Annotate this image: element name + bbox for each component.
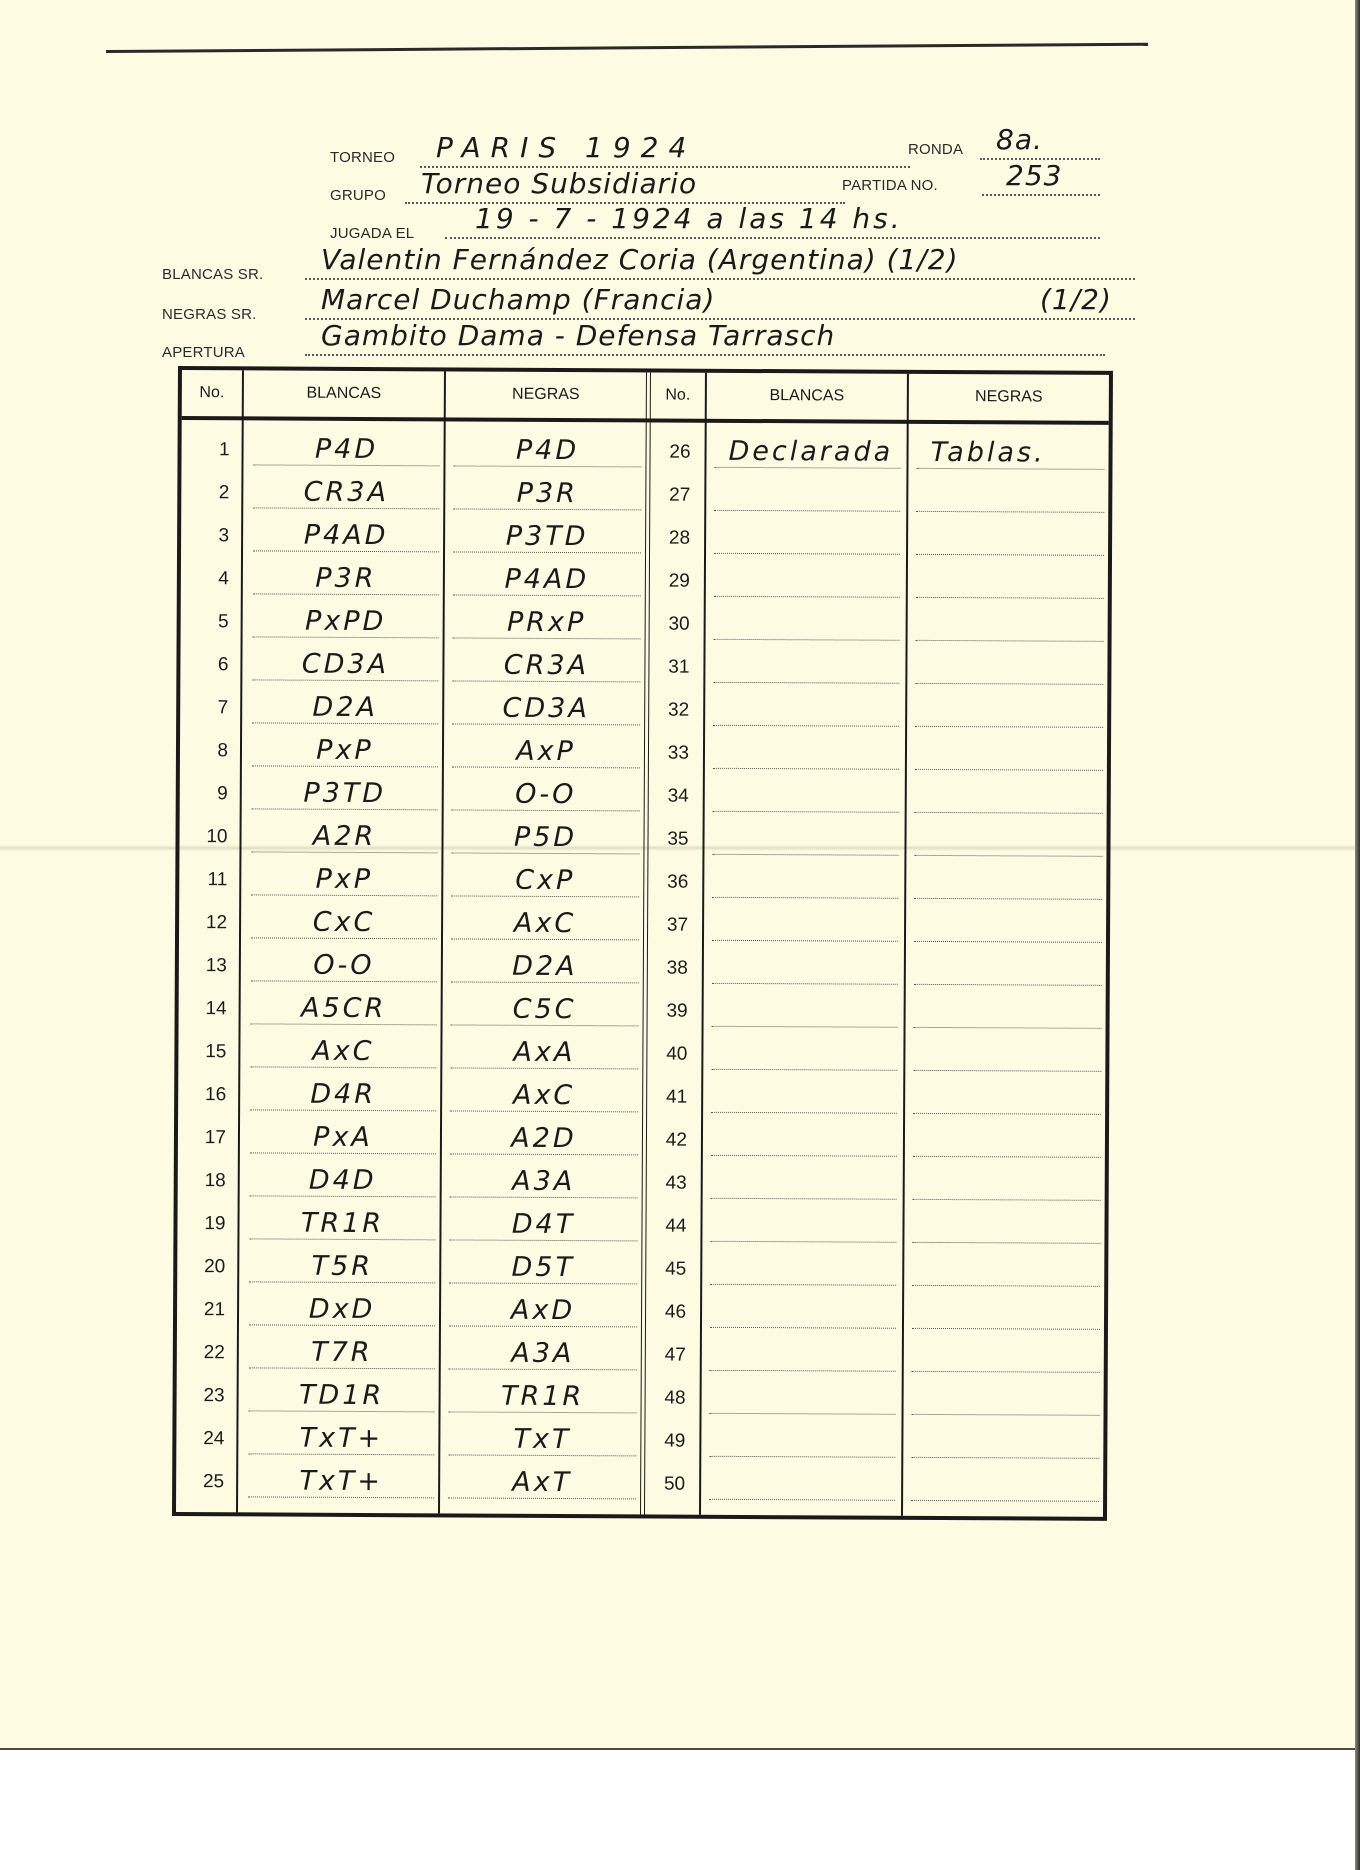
black-move-cell: AxT: [448, 1461, 636, 1499]
blancas-value: Valentin Fernández Coria (Argentina) (1/…: [321, 243, 959, 276]
torneo-label: TORNEO: [330, 149, 395, 166]
move-number: 13: [179, 955, 227, 977]
jugada-field: 19 - 7 - 1924 a las 14 hs.: [445, 203, 1100, 239]
move-number: 10: [179, 826, 227, 848]
move-number: 7: [180, 697, 228, 719]
white-move-cell: [713, 689, 899, 727]
white-move: T7R: [249, 1336, 435, 1368]
scan-edge: [1355, 0, 1360, 1870]
table-row: 12CxCAxC37: [179, 895, 1106, 943]
black-move: AxD: [449, 1294, 637, 1326]
white-move-cell: TxT+: [248, 1460, 434, 1498]
black-move: PRxP: [453, 606, 641, 638]
black-move-cell: AxC: [451, 902, 639, 940]
black-move-cell: P4D: [453, 429, 641, 467]
white-move-cell: TxT+: [248, 1417, 434, 1455]
black-move: C5C: [451, 993, 639, 1025]
white-move: D4D: [250, 1164, 436, 1196]
black-move-cell: AxD: [449, 1289, 637, 1327]
white-move-cell: [714, 474, 900, 512]
white-move-cell: [712, 861, 898, 899]
top-rule: [106, 43, 1148, 53]
move-number: 29: [650, 570, 690, 592]
white-move: PxP: [252, 734, 438, 766]
header-no-right: No.: [651, 372, 705, 418]
black-move: P5D: [451, 821, 639, 853]
move-number: 4: [181, 568, 229, 590]
torneo-field: PARIS 1924: [420, 132, 910, 168]
move-number: 26: [650, 441, 690, 463]
black-move: A2D: [450, 1122, 638, 1154]
white-move-cell: P3R: [253, 557, 439, 595]
black-move-cell: AxP: [452, 730, 640, 768]
white-move: TD1R: [249, 1379, 435, 1411]
white-move: [709, 1499, 895, 1500]
white-move-cell: D2A: [252, 686, 438, 724]
black-move: TR1R: [449, 1380, 637, 1412]
black-move-cell: D4T: [449, 1203, 637, 1241]
white-move-cell: TD1R: [249, 1374, 435, 1412]
black-move-cell: [913, 1034, 1101, 1072]
move-number: 48: [646, 1387, 686, 1409]
white-move-cell: D4D: [250, 1159, 436, 1197]
move-number: 8: [180, 740, 228, 762]
white-move-cell: [714, 603, 900, 641]
white-move-cell: P3TD: [252, 772, 438, 810]
move-number: 14: [179, 998, 227, 1020]
table-row: 3P4ADP3TD28: [181, 508, 1108, 556]
black-move: D5T: [449, 1251, 637, 1283]
black-move-cell: [916, 604, 1104, 642]
table-row: 23TD1RTR1R48: [177, 1368, 1104, 1416]
white-move: A5CR: [251, 992, 437, 1024]
black-move-cell: P5D: [451, 816, 639, 854]
black-move: AxP: [452, 735, 640, 767]
move-number: 36: [648, 871, 688, 893]
white-move: D4R: [250, 1078, 436, 1110]
white-move: CR3A: [253, 476, 439, 508]
table-row: 25TxT+AxT50: [176, 1454, 1103, 1502]
white-move: P3R: [253, 562, 439, 594]
black-move: TxT: [448, 1423, 636, 1455]
black-move-cell: A2D: [450, 1117, 638, 1155]
move-number: 22: [177, 1342, 225, 1364]
black-move: O-O: [452, 778, 640, 810]
partida-label: PARTIDA No.: [842, 177, 938, 194]
black-move-cell: AxA: [450, 1031, 638, 1069]
black-move-cell: CR3A: [452, 644, 640, 682]
white-move-cell: T5R: [249, 1245, 435, 1283]
move-number: 45: [646, 1258, 686, 1280]
black-move-cell: TR1R: [449, 1375, 637, 1413]
table-row: 18D4DA3A43: [178, 1153, 1105, 1201]
black-move-cell: P4AD: [453, 558, 641, 596]
black-move: Tablas.: [916, 437, 1104, 469]
table-row: 14A5CRC5C39: [179, 981, 1106, 1029]
table-row: 15AxCAxA40: [178, 1024, 1105, 1072]
black-move: [911, 1500, 1099, 1501]
white-move-cell: [712, 904, 898, 942]
moves-table: No. BLANCAS NEGRAS No. BLANCAS NEGRAS 1P…: [172, 366, 1113, 1521]
move-number: 33: [649, 742, 689, 764]
black-move-cell: [914, 948, 1102, 986]
header-negras-left: NEGRAS: [446, 371, 646, 418]
black-move: P4AD: [453, 563, 641, 595]
table-row: 8PxPAxP33: [180, 723, 1107, 771]
negras-field: Marcel Duchamp (Francia) (1/2): [305, 284, 1135, 320]
black-move-cell: [914, 905, 1102, 943]
white-move-cell: [710, 1377, 896, 1415]
table-row: 13O-OD2A38: [179, 938, 1106, 986]
white-move: T5R: [249, 1250, 435, 1282]
black-move: AxC: [450, 1079, 638, 1111]
move-number: 11: [179, 869, 227, 891]
blancas-label: BLANCAS Sr.: [162, 266, 263, 283]
move-number: 41: [647, 1086, 687, 1108]
white-move-cell: [713, 732, 899, 770]
black-move-cell: Tablas.: [916, 432, 1104, 470]
ronda-field: 8a.: [980, 124, 1100, 160]
grupo-label: GRUPO: [330, 187, 386, 204]
black-move-cell: [911, 1421, 1099, 1459]
table-row: 10A2RP5D35: [179, 809, 1106, 857]
black-move-cell: AxC: [450, 1074, 638, 1112]
white-move-cell: T7R: [249, 1331, 435, 1369]
black-move-cell: D2A: [451, 945, 639, 983]
header-negras-right: NEGRAS: [909, 374, 1109, 421]
table-row: 7D2ACD3A32: [180, 680, 1107, 728]
white-move: P3TD: [252, 777, 438, 809]
black-move: A3A: [449, 1337, 637, 1369]
ronda-label: RONDA: [908, 141, 963, 158]
move-number: 39: [648, 1000, 688, 1022]
table-row: 22T7RA3A47: [177, 1325, 1104, 1373]
white-move-cell: [709, 1420, 895, 1458]
black-move-cell: [913, 1077, 1101, 1115]
black-move: CD3A: [452, 692, 640, 724]
table-row: 21DxDAxD46: [177, 1282, 1104, 1330]
black-move-cell: A3A: [449, 1332, 637, 1370]
black-move-cell: P3R: [453, 472, 641, 510]
white-move-cell: CD3A: [252, 643, 438, 681]
table-row: 2CR3AP3R27: [181, 465, 1108, 513]
move-number: 18: [178, 1170, 226, 1192]
white-move-cell: [714, 560, 900, 598]
white-move-cell: P4AD: [253, 514, 439, 552]
move-number: 38: [648, 957, 688, 979]
table-row: 1P4DP4D26DeclaradaTablas.: [181, 422, 1108, 470]
black-move-cell: P3TD: [453, 515, 641, 553]
jugada-value: 19 - 7 - 1924 a las 14 hs.: [475, 202, 903, 235]
black-move-cell: D5T: [449, 1246, 637, 1284]
grupo-field: Torneo Subsidiario: [405, 168, 845, 204]
black-move: CR3A: [452, 649, 640, 681]
white-move: A2R: [251, 820, 437, 852]
table-row: 5PxPDPRxP30: [181, 594, 1108, 642]
black-move-cell: CD3A: [452, 687, 640, 725]
header-blancas-left: BLANCAS: [244, 370, 444, 417]
black-move-cell: [912, 1378, 1100, 1416]
white-move-cell: CR3A: [253, 471, 439, 509]
move-number: 1: [182, 439, 230, 461]
move-number: 19: [177, 1213, 225, 1235]
black-move-cell: [916, 518, 1104, 556]
partida-value: 253: [1006, 159, 1062, 192]
negras-label: NEGRAS Sr.: [162, 306, 257, 323]
move-number: 49: [645, 1430, 685, 1452]
black-move: CxP: [451, 864, 639, 896]
move-number: 32: [649, 699, 689, 721]
white-move-cell: D4R: [250, 1073, 436, 1111]
white-move-cell: AxC: [250, 1030, 436, 1068]
move-number: 34: [649, 785, 689, 807]
black-move-cell: [913, 1120, 1101, 1158]
white-move: P4AD: [253, 519, 439, 551]
white-move-cell: [711, 1119, 897, 1157]
move-number: 17: [178, 1127, 226, 1149]
table-row: 24TxT+TxT49: [176, 1411, 1103, 1459]
white-move-cell: Declarada: [714, 431, 900, 469]
white-move-cell: [712, 818, 898, 856]
header-no-left: No.: [182, 370, 242, 416]
black-move-cell: [914, 819, 1102, 857]
white-move-cell: [713, 646, 899, 684]
move-number: 27: [650, 484, 690, 506]
white-move-cell: CxC: [251, 901, 437, 939]
black-move-cell: [911, 1464, 1099, 1502]
black-move: D4T: [449, 1208, 637, 1240]
white-move: D2A: [252, 691, 438, 723]
white-move-cell: DxD: [249, 1288, 435, 1326]
table-row: 4P3RP4AD29: [181, 551, 1108, 599]
table-row: 9P3TDO-O34: [180, 766, 1107, 814]
black-move-cell: C5C: [451, 988, 639, 1026]
move-number: 3: [181, 525, 229, 547]
move-number: 16: [178, 1084, 226, 1106]
white-move-cell: [711, 1076, 897, 1114]
black-move: A3A: [450, 1165, 638, 1197]
white-move-cell: [710, 1334, 896, 1372]
move-number: 47: [646, 1344, 686, 1366]
white-move: TR1R: [249, 1207, 435, 1239]
white-move-cell: [714, 517, 900, 555]
black-move-cell: [913, 1163, 1101, 1201]
move-number: 30: [650, 613, 690, 635]
black-move-cell: [912, 1335, 1100, 1373]
move-number: 31: [649, 656, 689, 678]
black-move-cell: [912, 1292, 1100, 1330]
white-move: O-O: [251, 949, 437, 981]
black-move: P4D: [453, 434, 641, 466]
partida-field: 253: [982, 160, 1100, 196]
blancas-field: Valentin Fernández Coria (Argentina) (1/…: [305, 244, 1135, 280]
black-move-cell: [915, 776, 1103, 814]
move-number: 44: [646, 1215, 686, 1237]
black-move-cell: [915, 647, 1103, 685]
white-move-cell: TR1R: [249, 1202, 435, 1240]
move-number: 23: [177, 1385, 225, 1407]
move-number: 43: [647, 1172, 687, 1194]
black-move-cell: TxT: [448, 1418, 636, 1456]
white-move: AxC: [250, 1035, 436, 1067]
jugada-label: JUGADA EL: [330, 225, 414, 242]
white-move: PxA: [250, 1121, 436, 1153]
white-move: TxT+: [248, 1465, 434, 1497]
white-move-cell: A2R: [251, 815, 437, 853]
black-move: P3TD: [453, 520, 641, 552]
white-move-cell: [710, 1248, 896, 1286]
white-move-cell: PxA: [250, 1116, 436, 1154]
black-move: AxC: [451, 907, 639, 939]
apertura-label: APERTURA: [162, 344, 245, 361]
move-number: 20: [177, 1256, 225, 1278]
white-move-cell: [712, 947, 898, 985]
black-move-cell: [916, 561, 1104, 599]
black-move-cell: A3A: [450, 1160, 638, 1198]
black-move: AxA: [450, 1036, 638, 1068]
black-move: AxT: [448, 1466, 636, 1498]
black-move: D2A: [451, 950, 639, 982]
table-row: 6CD3ACR3A31: [180, 637, 1107, 685]
apertura-field: Gambito Dama - Defensa Tarrasch: [305, 320, 1105, 356]
black-move-cell: CxP: [451, 859, 639, 897]
white-move-cell: A5CR: [251, 987, 437, 1025]
move-number: 46: [646, 1301, 686, 1323]
white-move-cell: [710, 1291, 896, 1329]
black-move-cell: [914, 991, 1102, 1029]
white-move: TxT+: [248, 1422, 434, 1454]
negras-value: Marcel Duchamp (Francia): [321, 283, 715, 316]
move-number: 21: [177, 1299, 225, 1321]
grupo-value: Torneo Subsidiario: [421, 167, 697, 200]
apertura-value: Gambito Dama - Defensa Tarrasch: [321, 319, 835, 352]
move-number: 6: [180, 654, 228, 676]
move-number: 40: [647, 1043, 687, 1065]
white-move: CD3A: [252, 648, 438, 680]
black-move-cell: [915, 690, 1103, 728]
table-row: 19TR1RD4T44: [177, 1196, 1104, 1244]
move-number: 25: [176, 1471, 224, 1493]
move-number: 15: [178, 1041, 226, 1063]
move-number: 9: [180, 783, 228, 805]
white-move-cell: [711, 1033, 897, 1071]
white-move-cell: P4D: [253, 428, 439, 466]
black-move: P3R: [453, 477, 641, 509]
white-move: Declarada: [714, 436, 900, 468]
white-move-cell: [709, 1463, 895, 1501]
black-move-cell: [912, 1249, 1100, 1287]
white-move: PxPD: [253, 605, 439, 637]
black-move-cell: PRxP: [453, 601, 641, 639]
move-number: 50: [645, 1473, 685, 1495]
table-row: 16D4RAxC41: [178, 1067, 1105, 1115]
negras-score: (1/2): [1040, 283, 1112, 316]
white-move-cell: PxP: [251, 858, 437, 896]
white-move-cell: [713, 775, 899, 813]
black-move-cell: [915, 733, 1103, 771]
move-number: 42: [647, 1129, 687, 1151]
black-move-cell: [914, 862, 1102, 900]
white-move-cell: [712, 990, 898, 1028]
white-move-cell: PxP: [252, 729, 438, 767]
torneo-value: PARIS 1924: [436, 131, 696, 164]
white-move: P4D: [253, 433, 439, 465]
white-move: CxC: [251, 906, 437, 938]
move-number: 28: [650, 527, 690, 549]
move-number: 2: [181, 482, 229, 504]
white-move-cell: PxPD: [253, 600, 439, 638]
white-move: PxP: [251, 863, 437, 895]
move-number: 37: [648, 914, 688, 936]
ronda-value: 8a.: [996, 123, 1043, 156]
white-move-cell: O-O: [251, 944, 437, 982]
move-number: 12: [179, 912, 227, 934]
scoresheet-paper: TORNEO PARIS 1924 RONDA 8a. GRUPO Torneo…: [0, 0, 1355, 1750]
table-row: 17PxAA2D42: [178, 1110, 1105, 1158]
move-number: 24: [176, 1428, 224, 1450]
white-move-cell: [710, 1205, 896, 1243]
black-move-cell: [912, 1206, 1100, 1244]
header-blancas-right: BLANCAS: [707, 373, 907, 420]
black-move-cell: [916, 475, 1104, 513]
black-move-cell: O-O: [452, 773, 640, 811]
move-number: 5: [181, 611, 229, 633]
white-move: DxD: [249, 1293, 435, 1325]
table-row: 20T5RD5T45: [177, 1239, 1104, 1287]
table-row: 11PxPCxP36: [179, 852, 1106, 900]
move-number: 35: [648, 828, 688, 850]
white-move-cell: [711, 1162, 897, 1200]
